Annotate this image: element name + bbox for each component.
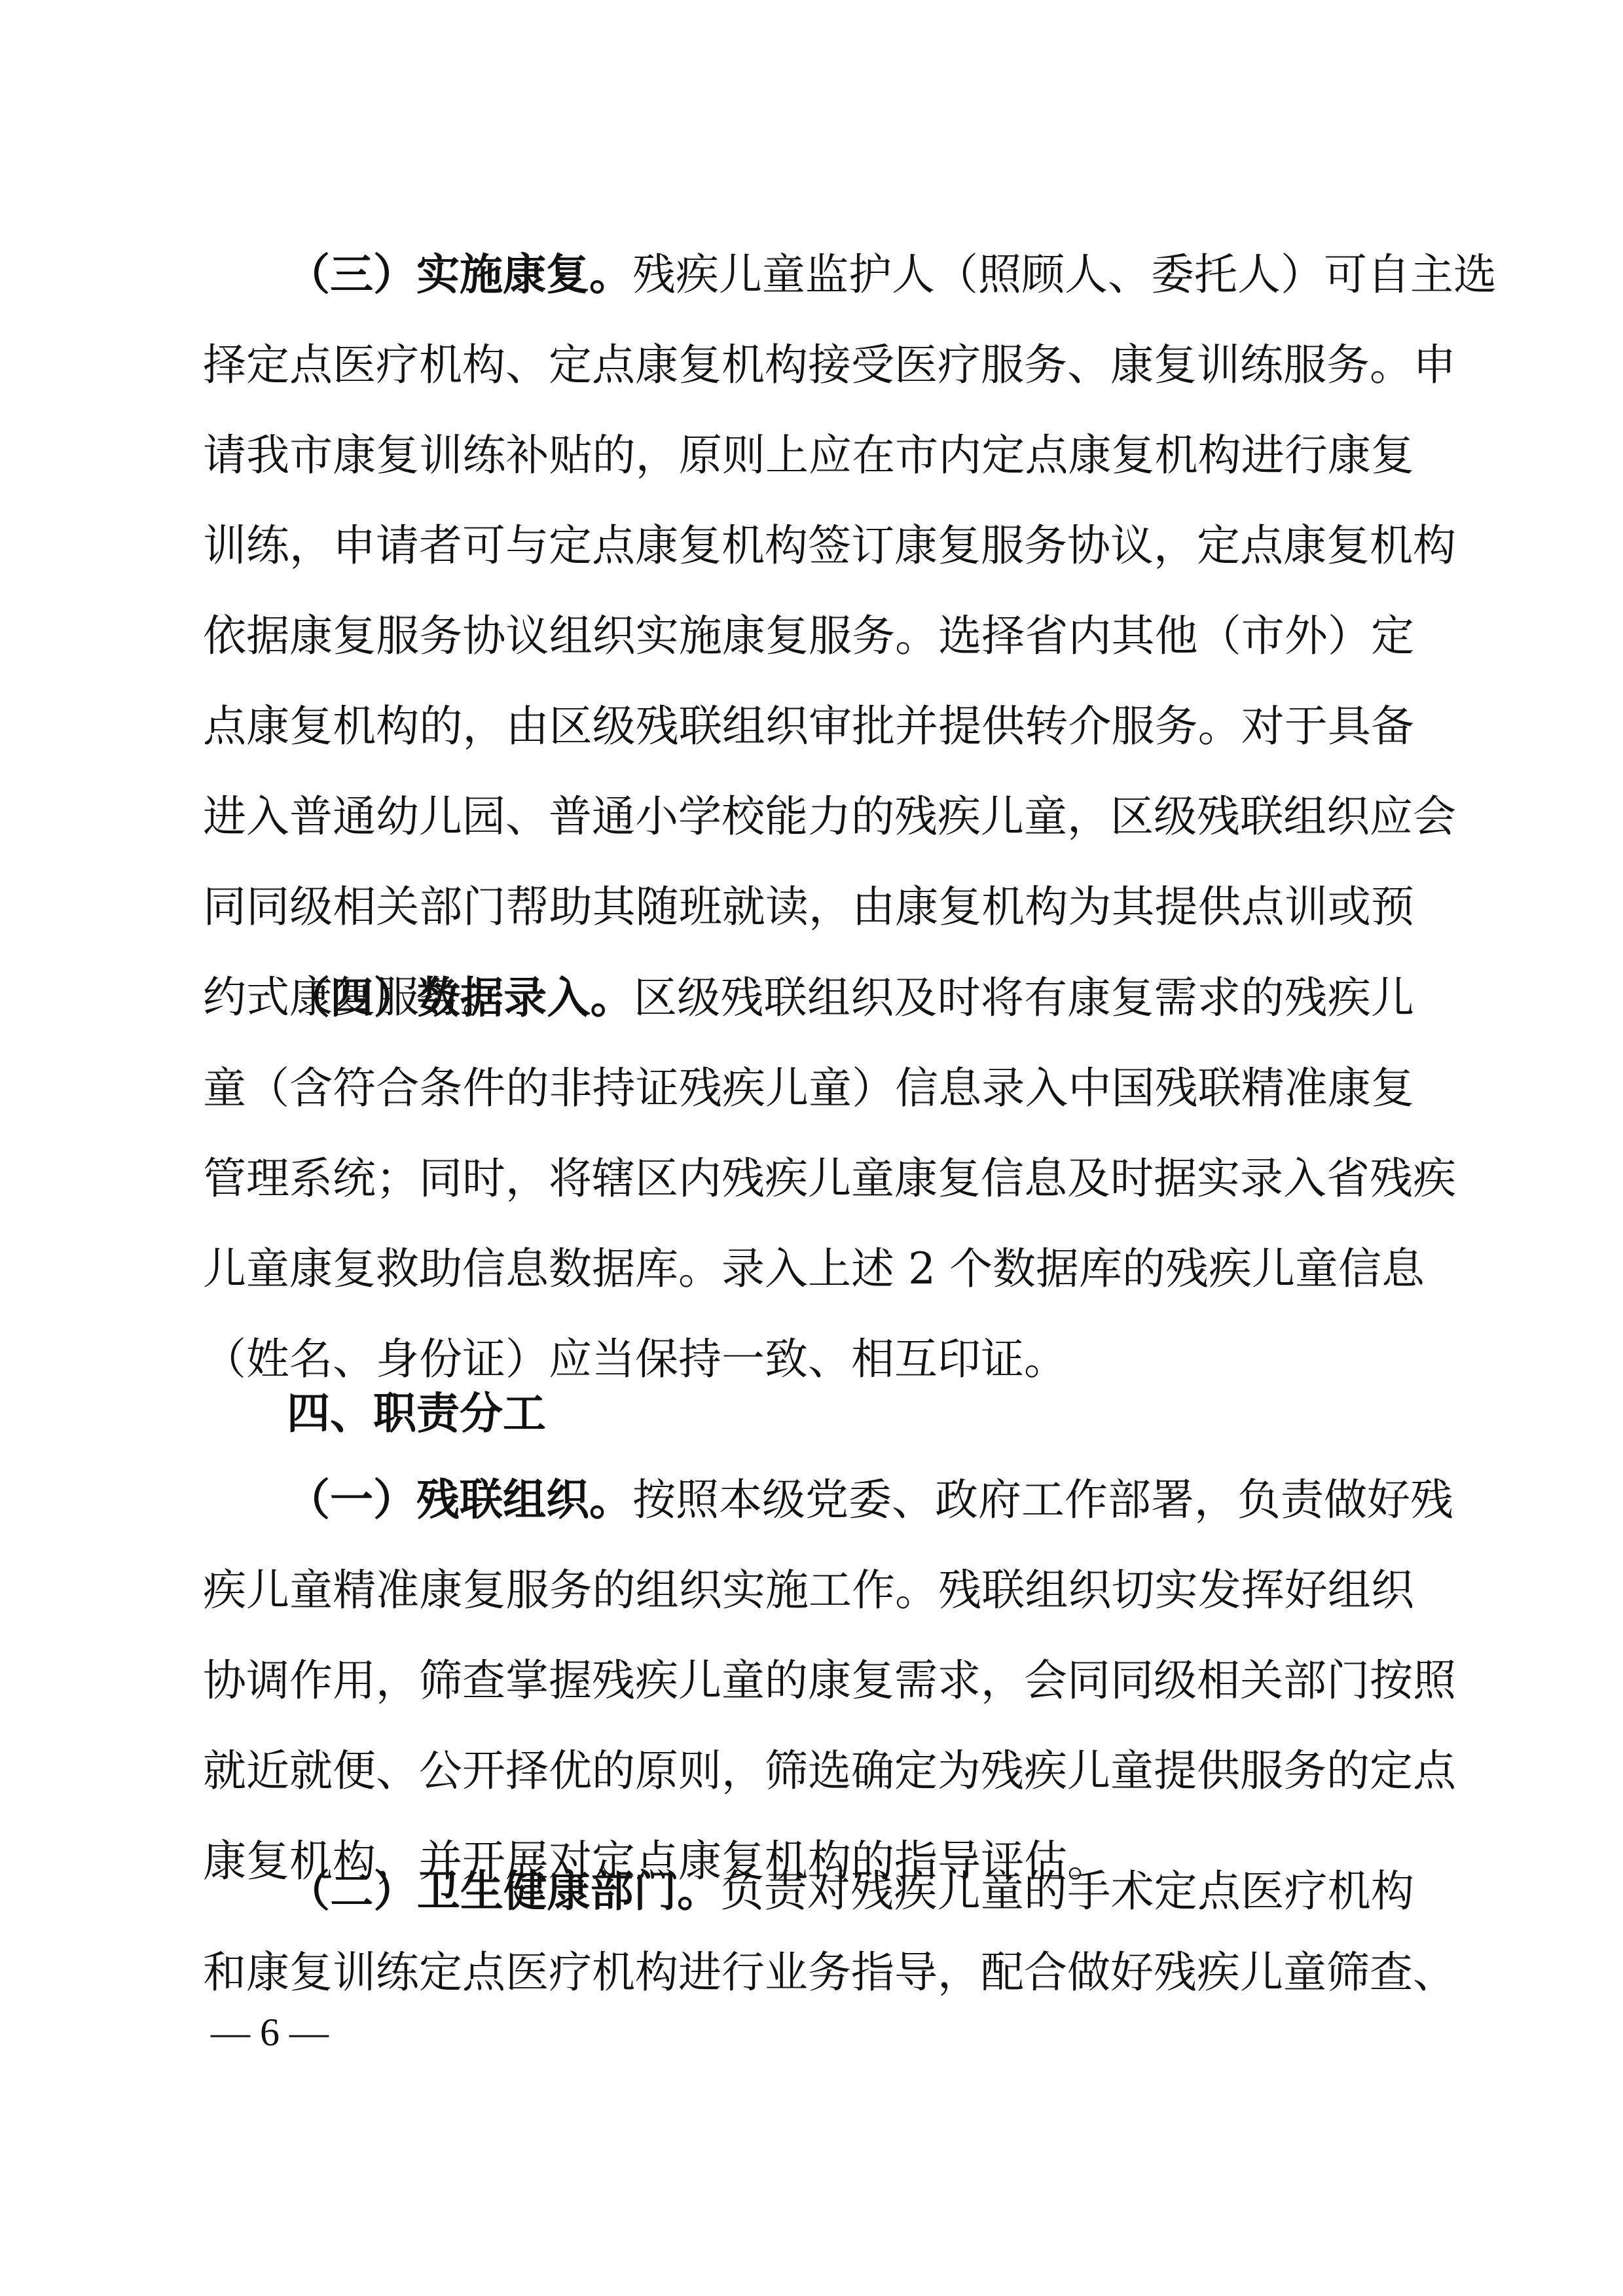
section-label: （二）卫生健康部门。 bbox=[287, 1866, 720, 1916]
paragraph-line: 择定点医疗机构、定点康复机构接受医疗服务、康复训练服务。申 bbox=[203, 332, 1414, 398]
paragraph-line: 就近就便、公开择优的原则，筛选确定为残疾儿童提供服务的定点 bbox=[203, 1738, 1414, 1804]
paragraph-line: 请我市康复训练补贴的，原则上应在市内定点康复机构进行康复 bbox=[203, 423, 1414, 488]
paragraph-line: （四）数据录入。区级残联组织及时将有康复需求的残疾儿 bbox=[287, 965, 1414, 1031]
section-label: （四）数据录入。 bbox=[287, 973, 634, 1023]
page-number: — 6 — bbox=[211, 2003, 329, 2062]
paragraph-line: 点康复机构的，由区级残联组织审批并提供转介服务。对于具备 bbox=[203, 694, 1414, 759]
paragraph-line: 和康复训练定点医疗机构进行业务指导，配合做好残疾儿童筛查、 bbox=[203, 1940, 1414, 2005]
paragraph-line: 训练，申请者可与定点康复机构签订康复服务协议，定点康复机构 bbox=[203, 513, 1414, 579]
paragraph-line: 同同级相关部门帮助其随班就读，由康复机构为其提供点训或预 bbox=[203, 874, 1414, 940]
paragraph-line: 依据康复服务协议组织实施康复服务。选择省内其他（市外）定 bbox=[203, 603, 1414, 669]
section-label: （三）实施康复。 bbox=[287, 249, 632, 300]
paragraph-line: 童（含符合条件的非持证残疾儿童）信息录入中国残联精准康复 bbox=[203, 1056, 1414, 1121]
paragraph-line: 管理系统；同时，将辖区内残疾儿童康复信息及时据实录入省残疾 bbox=[203, 1146, 1414, 1211]
paragraph-line: 协调作用，筛查掌握残疾儿童的康复需求，会同同级相关部门按照 bbox=[203, 1648, 1414, 1713]
section-label: （一）残联组织。 bbox=[287, 1475, 632, 1525]
paragraph-line: 进入普通幼儿园、普通小学校能力的残疾儿童，区级残联组织应会 bbox=[203, 784, 1414, 850]
paragraph-line: 疾儿童精准康复服务的组织实施工作。残联组织切实发挥好组织 bbox=[203, 1558, 1414, 1623]
paragraph-line: （一）残联组织。按照本级党委、政府工作部署，负责做好残 bbox=[287, 1467, 1414, 1533]
section-heading: 四、职责分工 bbox=[287, 1381, 546, 1446]
paragraph-line: （二）卫生健康部门。负责对残疾儿童的手术定点医疗机构 bbox=[287, 1859, 1414, 1924]
document-page: （三）实施康复。残疾儿童监护人（照顾人、委托人）可自主选 择定点医疗机构、定点康… bbox=[0, 0, 1623, 2296]
paragraph-line: 儿童康复救助信息数据库。录入上述 2 个数据库的残疾儿童信息 bbox=[203, 1236, 1414, 1302]
paragraph-line: （三）实施康复。残疾儿童监护人（照顾人、委托人）可自主选 bbox=[287, 242, 1414, 308]
